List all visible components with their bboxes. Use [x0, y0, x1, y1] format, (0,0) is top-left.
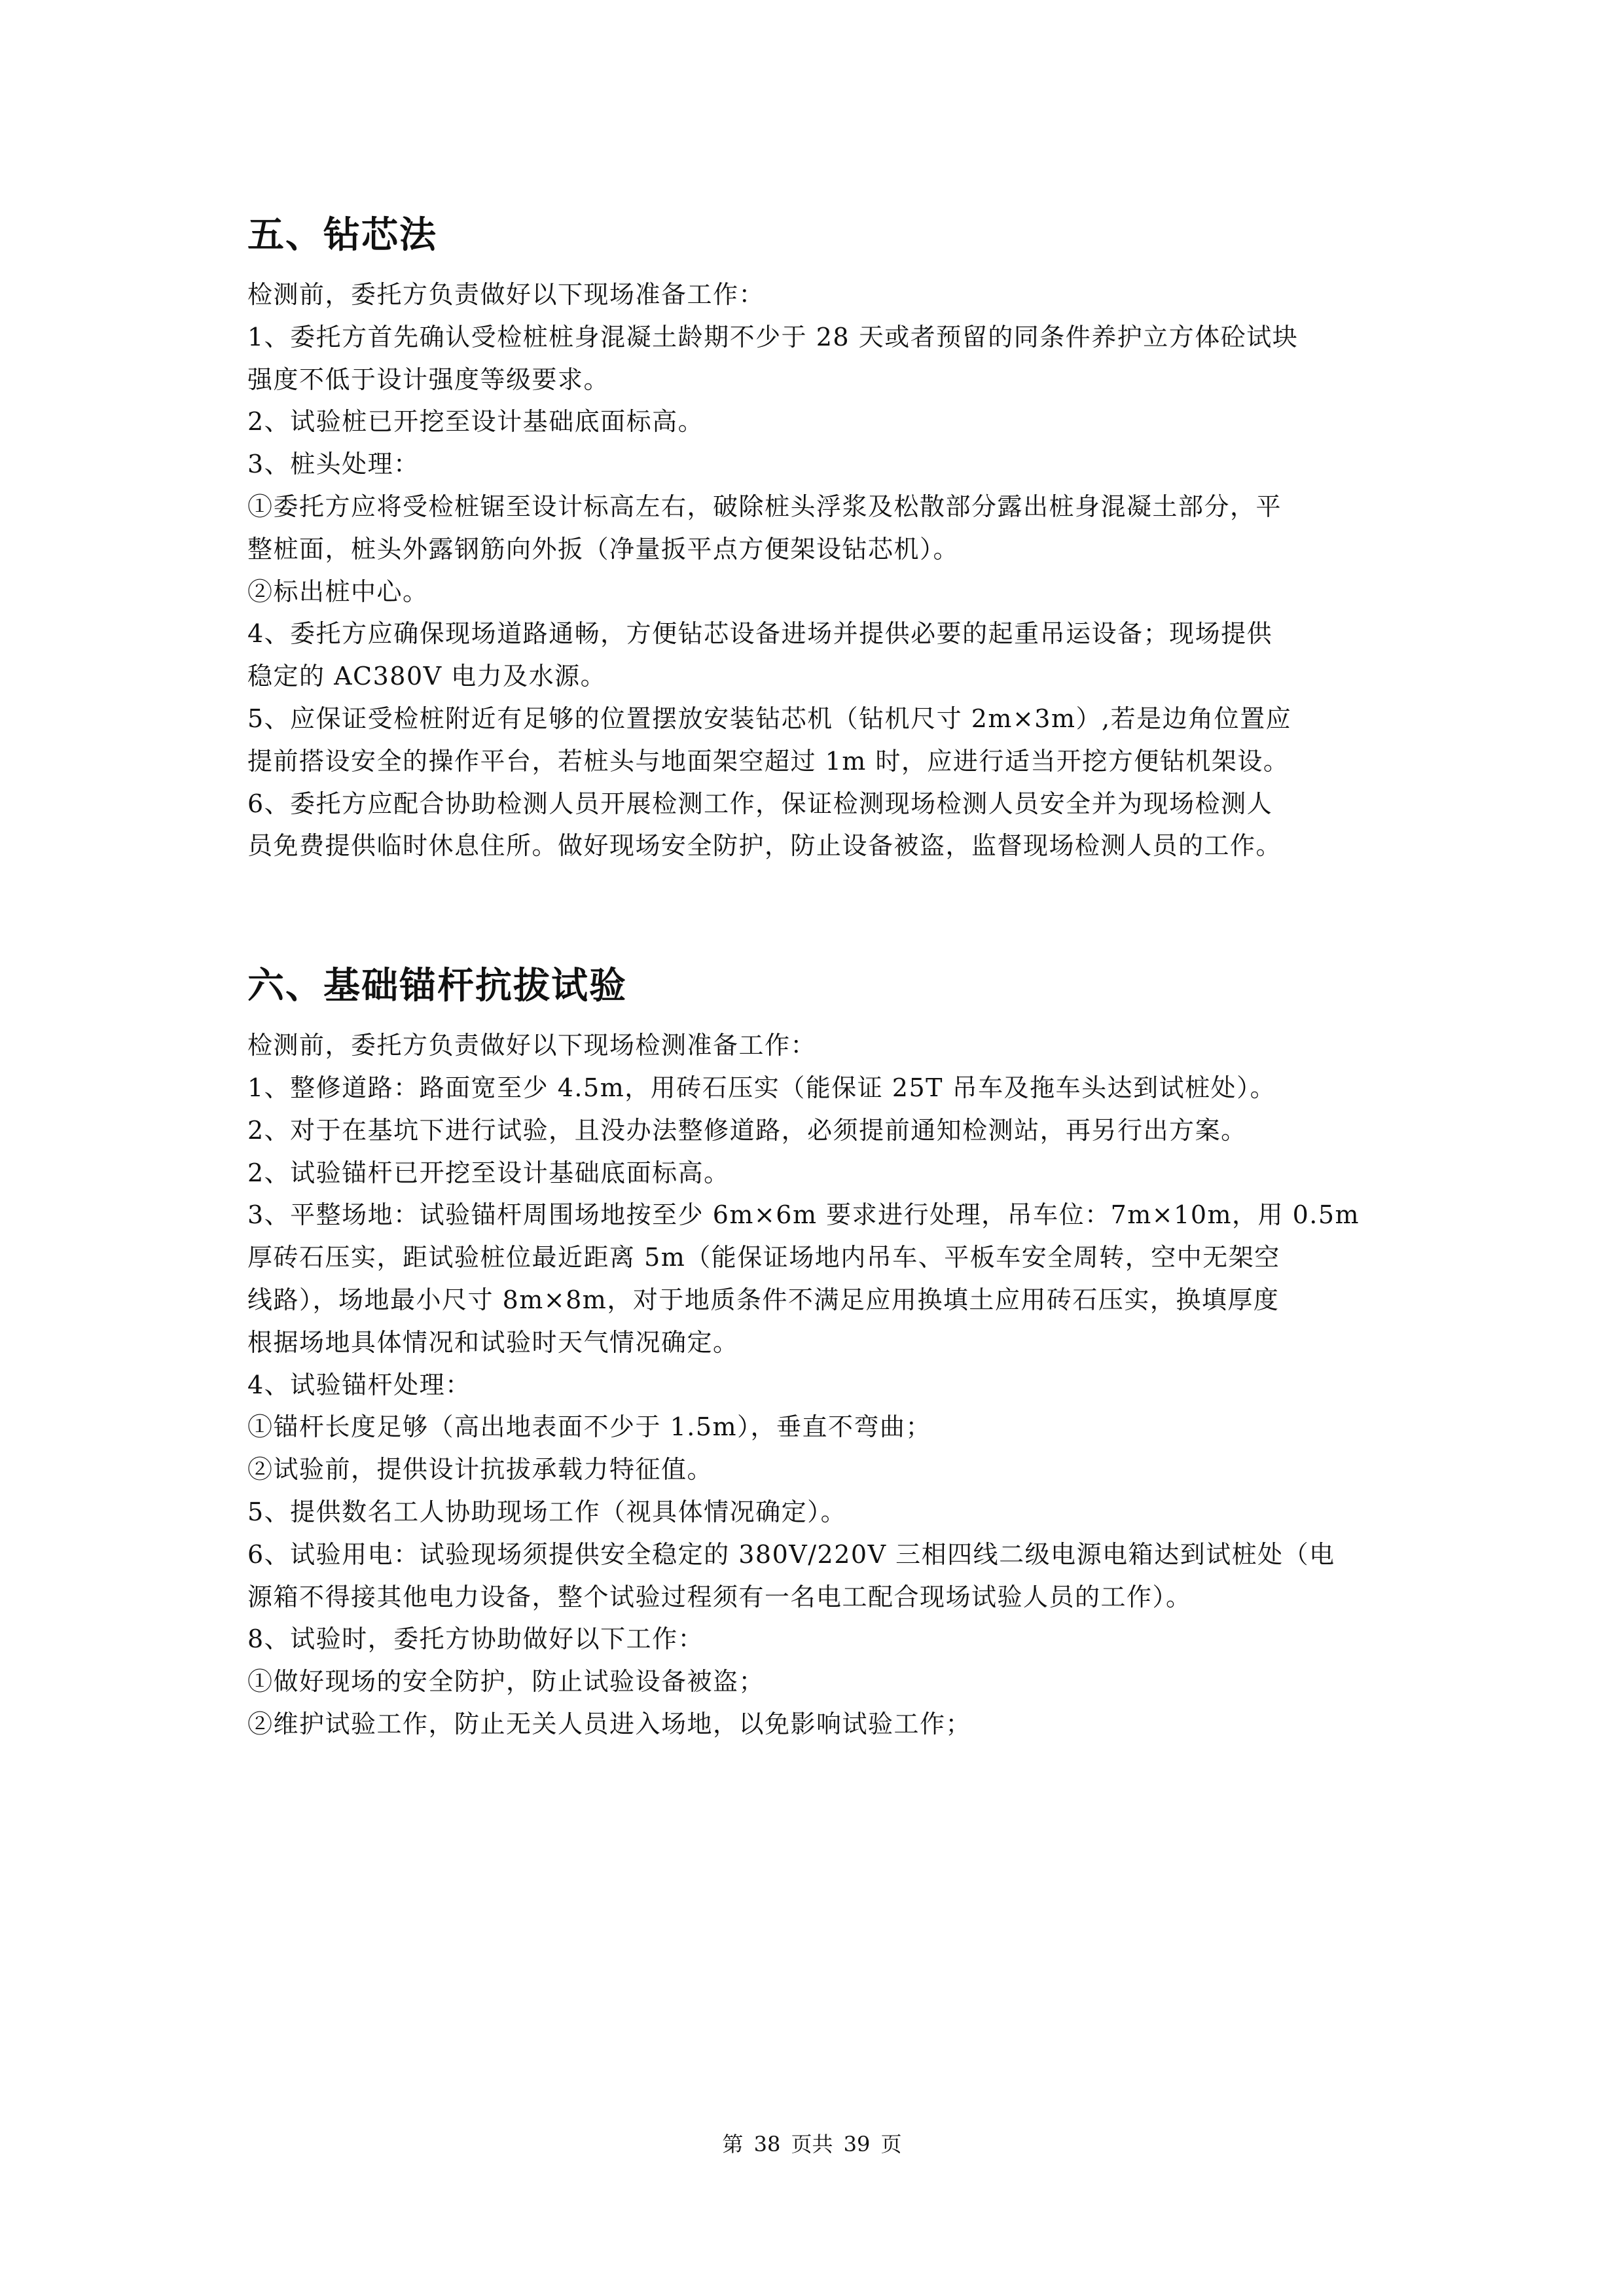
paragraph-line: ①做好现场的安全防护，防止试验设备被盗；	[247, 1660, 1390, 1703]
paragraph-line: 5、应保证受检桩附近有足够的位置摆放安装钻芯机（钻机尺寸 2m×3m）,若是边角…	[247, 698, 1390, 740]
paragraph-line: 员免费提供临时休息住所。做好现场安全防护，防止设备被盗，监督现场检测人员的工作。	[247, 825, 1390, 867]
paragraph-line: 2、对于在基坑下进行试验，且没办法整修道路，必须提前通知检测站，再另行出方案。	[247, 1109, 1390, 1152]
paragraph-line: 5、提供数名工人协助现场工作（视具体情况确定）。	[247, 1491, 1390, 1534]
paragraph-line: 3、桩头处理：	[247, 443, 1390, 486]
paragraph-line: 检测前，委托方负责做好以下现场检测准备工作：	[247, 1024, 1390, 1067]
paragraph-line: 强度不低于设计强度等级要求。	[247, 359, 1390, 401]
page-content: 五、钻芯法 检测前，委托方负责做好以下现场准备工作： 1、委托方首先确认受检桩桩…	[247, 209, 1390, 1746]
section-heading: 五、钻芯法	[247, 209, 1390, 262]
paragraph-line: 提前搭设安全的操作平台，若桩头与地面架空超过 1m 时，应进行适当开挖方便钻机架…	[247, 740, 1390, 783]
paragraph-line: 线路），场地最小尺寸 8m×8m，对于地质条件不满足应用换填土应用砖石压实，换填…	[247, 1279, 1390, 1321]
paragraph-line: 厚砖石压实，距试验桩位最近距离 5m（能保证场地内吊车、平板车安全周转，空中无架…	[247, 1236, 1390, 1279]
paragraph-line: 整桩面，桩头外露钢筋向外扳（净量扳平点方便架设钻芯机）。	[247, 528, 1390, 571]
section-body: 检测前，委托方负责做好以下现场检测准备工作： 1、整修道路：路面宽至少 4.5m…	[247, 1024, 1390, 1746]
paragraph-line: ②试验前，提供设计抗拔承载力特征值。	[247, 1448, 1390, 1491]
page-number-footer: 第 38 页共 39 页	[0, 2128, 1624, 2160]
paragraph-line: 检测前，委托方负责做好以下现场准备工作：	[247, 274, 1390, 316]
paragraph-line: ②标出桩中心。	[247, 571, 1390, 613]
paragraph-line: 6、委托方应配合协助检测人员开展检测工作，保证检测现场检测人员安全并为现场检测人	[247, 783, 1390, 825]
paragraph-line: 2、试验锚杆已开挖至设计基础底面标高。	[247, 1152, 1390, 1194]
paragraph-line: 源箱不得接其他电力设备，整个试验过程须有一名电工配合现场试验人员的工作）。	[247, 1576, 1390, 1619]
paragraph-line: 8、试验时，委托方协助做好以下工作：	[247, 1618, 1390, 1660]
paragraph-line: 4、委托方应确保现场道路通畅，方便钻芯设备进场并提供必要的起重吊运设备；现场提供	[247, 613, 1390, 655]
document-page: 五、钻芯法 检测前，委托方负责做好以下现场准备工作： 1、委托方首先确认受检桩桩…	[0, 0, 1624, 2296]
paragraph-line: 4、试验锚杆处理：	[247, 1364, 1390, 1407]
section-body: 检测前，委托方负责做好以下现场准备工作： 1、委托方首先确认受检桩桩身混凝土龄期…	[247, 274, 1390, 867]
paragraph-line: 稳定的 AC380V 电力及水源。	[247, 655, 1390, 698]
paragraph-line: 1、委托方首先确认受检桩桩身混凝土龄期不少于 28 天或者预留的同条件养护立方体…	[247, 316, 1390, 359]
paragraph-line: 2、试验桩已开挖至设计基础底面标高。	[247, 401, 1390, 443]
section-heading: 六、基础锚杆抗拔试验	[247, 960, 1390, 1013]
section-core-drilling: 五、钻芯法 检测前，委托方负责做好以下现场准备工作： 1、委托方首先确认受检桩桩…	[247, 209, 1390, 867]
paragraph-line: ①锚杆长度足够（高出地表面不少于 1.5m），垂直不弯曲；	[247, 1406, 1390, 1448]
paragraph-line: 3、平整场地：试验锚杆周围场地按至少 6m×6m 要求进行处理，吊车位：7m×1…	[247, 1194, 1390, 1236]
paragraph-line: ①委托方应将受检桩锯至设计标高左右，破除桩头浮浆及松散部分露出桩身混凝土部分，平	[247, 486, 1390, 528]
paragraph-line: 根据场地具体情况和试验时天气情况确定。	[247, 1321, 1390, 1364]
paragraph-line: ②维护试验工作，防止无关人员进入场地，以免影响试验工作；	[247, 1703, 1390, 1746]
paragraph-line: 1、整修道路：路面宽至少 4.5m，用砖石压实（能保证 25T 吊车及拖车头达到…	[247, 1067, 1390, 1109]
paragraph-line: 6、试验用电：试验现场须提供安全稳定的 380V/220V 三相四线二级电源电箱…	[247, 1534, 1390, 1576]
section-anchor-pullout-test: 六、基础锚杆抗拔试验 检测前，委托方负责做好以下现场检测准备工作： 1、整修道路…	[247, 960, 1390, 1746]
